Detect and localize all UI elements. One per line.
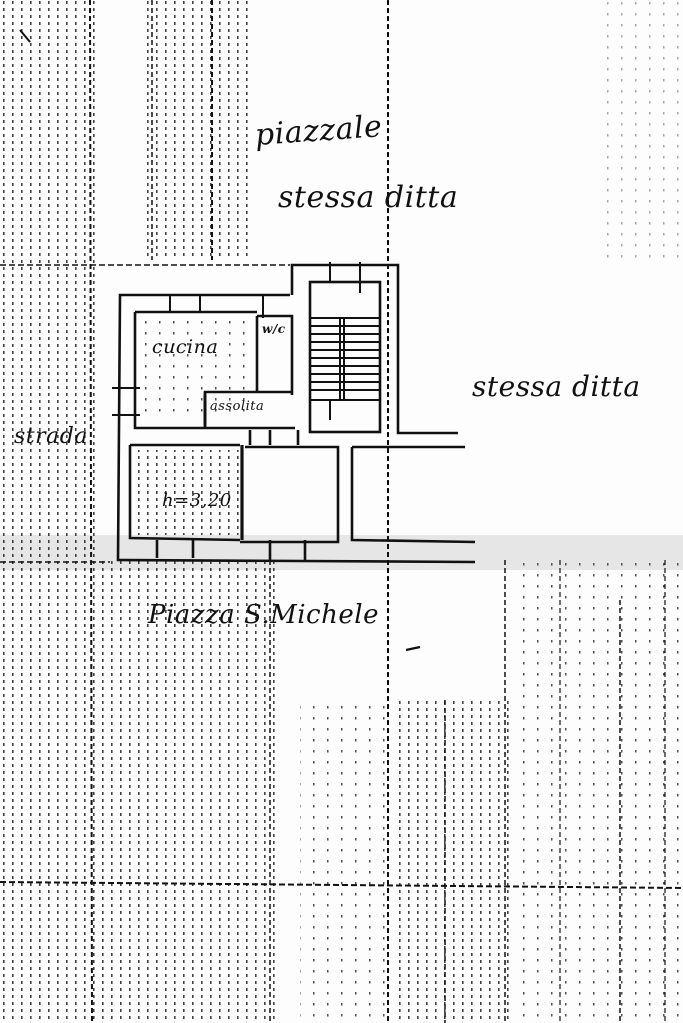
stray-mark (406, 647, 420, 650)
label-right-owner: stessa ditta (472, 370, 641, 403)
ceiling-height-label: h=3,20 (162, 490, 232, 511)
staircase (310, 318, 380, 400)
label-piazza-s-michele: Piazza S.Michele (148, 600, 379, 630)
label-top-owner: stessa ditta (278, 180, 458, 215)
room-label-wc: w/c (262, 322, 286, 336)
screen-texture (0, 0, 683, 1023)
floor-plan-sheet: piazzale stessa ditta stessa ditta strad… (0, 0, 683, 1023)
plan-drawing (0, 0, 683, 1023)
label-strada: strada (14, 424, 88, 449)
room-label-hallway: assolita (210, 399, 264, 414)
room-label-cucina: cucina (152, 336, 218, 358)
